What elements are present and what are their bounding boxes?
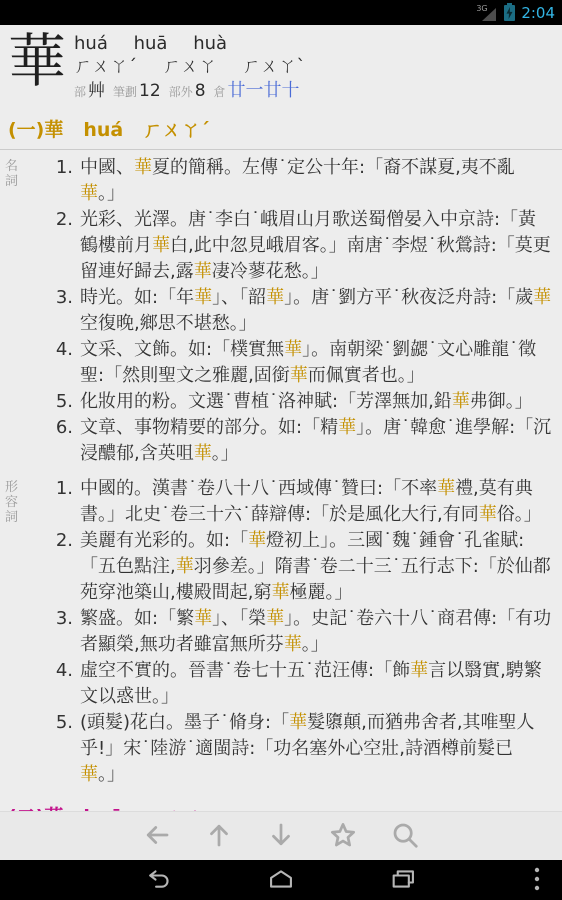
- definition-item: 1.中國、華夏的簡稱。左傳˙定公十年:「裔不謀夏,夷不亂華。」: [48, 155, 562, 207]
- definition-text-run: 」、「韶: [212, 287, 266, 308]
- highlighted-headword: 華: [80, 183, 98, 204]
- section-heading: (二)華huāㄏㄨㄚ: [0, 796, 562, 812]
- highlighted-headword: 華: [152, 235, 170, 256]
- definition-item: 3.時光。如:「年華」、「韶華」。唐˙劉方平˙秋夜泛舟詩:「歲華空復晚,鄉思不堪…: [48, 285, 562, 337]
- highlighted-headword: 華: [290, 365, 308, 386]
- highlighted-headword: 華: [437, 478, 455, 499]
- highlighted-headword: 華: [289, 712, 307, 733]
- definition-item: 3.繁盛。如:「繁華」、「榮華」。史記˙卷六十八˙商君傳:「有功者顯榮,無功者雖…: [48, 606, 562, 658]
- pinyin-reading: huà: [193, 33, 227, 54]
- section-heading-part: ㄏㄨㄚˊ: [143, 119, 210, 141]
- highlighted-headword: 華: [452, 391, 470, 412]
- section-heading-part: (一)華: [8, 119, 63, 141]
- headword-readings: huá huā huà ㄏㄨㄚˊ ㄏㄨㄚ ㄏㄨㄚˋ 部 艸 筆劃 12 部外 8…: [74, 30, 325, 103]
- entry-header: 華 huá huā huà ㄏㄨㄚˊ ㄏㄨㄚ ㄏㄨㄚˋ 部 艸 筆劃 12: [0, 25, 562, 105]
- back-arrow-icon: [142, 820, 172, 853]
- definition-text-run: 文采、文飾。如:「樸實無: [80, 339, 284, 360]
- radical-value: 艸: [88, 80, 105, 102]
- definition-number: 1.: [48, 476, 73, 528]
- extra-strokes-value: 8: [195, 80, 206, 102]
- definition-number: 3.: [48, 606, 73, 658]
- definition-text-run: 俗。」: [497, 504, 542, 525]
- screen: 3G 2:04 華 huá huā huà ㄏㄨㄚˊ ㄏㄨㄚ ㄏㄨㄚˋ: [0, 0, 562, 900]
- definition-text-run: 極麗。」: [289, 582, 352, 603]
- toolbar-back-button[interactable]: [137, 816, 177, 856]
- definition-item: 2.光彩、光澤。唐˙李白˙峨眉山月歌送蜀僧晏入中京詩:「黃鶴樓前月華白,此中忽見…: [48, 207, 562, 285]
- section-heading-part: huá: [83, 119, 123, 141]
- definition-text: 繁盛。如:「繁華」、「榮華」。史記˙卷六十八˙商君傳:「有功者顯榮,無功者雖富無…: [80, 606, 562, 658]
- definition-text-run: 」。唐˙劉方平˙秋夜泛舟詩:「歲: [284, 287, 533, 308]
- definition-number: 5.: [48, 389, 73, 415]
- strokes-value: 12: [139, 80, 161, 102]
- highlighted-headword: 華: [410, 660, 428, 681]
- highlighted-headword: 華: [176, 556, 194, 577]
- definition-number: 6.: [48, 415, 73, 467]
- headword-character: 華: [8, 30, 66, 92]
- definition-text-run: 化妝用的粉。文選˙曹植˙洛神賦:「芳澤無加,鉛: [80, 391, 452, 412]
- definition-text-run: 凄冷蓼花愁。」: [212, 261, 329, 282]
- definition-text-run: 弗御。」: [470, 391, 533, 412]
- nav-back-button[interactable]: [142, 863, 176, 897]
- highlighted-headword: 華: [266, 287, 284, 308]
- zhuyin-row: ㄏㄨㄚˊ ㄏㄨㄚ ㄏㄨㄚˋ: [74, 55, 325, 78]
- definition-group: 名詞1.中國、華夏的簡稱。左傳˙定公十年:「裔不謀夏,夷不亂華。」2.光彩、光澤…: [0, 150, 562, 471]
- extra-strokes-label: 部外: [169, 81, 193, 103]
- toolbar-next-button[interactable]: [261, 816, 301, 856]
- definition-text-run: 。」: [302, 634, 329, 655]
- definition-number: 2.: [48, 528, 73, 606]
- definition-number: 4.: [48, 658, 73, 710]
- star-icon: [328, 820, 358, 853]
- definition-text: 中國的。漢書˙卷八十八˙西域傳˙贊曰:「不率華禮,莫有典書。」北史˙卷三十六˙薛…: [80, 476, 562, 528]
- dictionary-entry-view[interactable]: 華 huá huā huà ㄏㄨㄚˊ ㄏㄨㄚ ㄏㄨㄚˋ 部 艸 筆劃 12: [0, 25, 562, 812]
- zhuyin-reading: ㄏㄨㄚˋ: [242, 56, 305, 77]
- pinyin-reading: huá: [74, 33, 108, 54]
- nav-menu-button[interactable]: [520, 863, 554, 897]
- definition-text-run: 空復晚,鄉思不堪愁。」: [80, 313, 257, 334]
- definition-text-run: 文章、事物精要的部分。如:「精: [80, 417, 338, 438]
- highlighted-headword: 華: [134, 157, 152, 178]
- definition-item: 2.美麗有光彩的。如:「華燈初上」。三國˙魏˙鍾會˙孔雀賦:「五色點注,華羽參差…: [48, 528, 562, 606]
- definition-item: 5.化妝用的粉。文選˙曹植˙洛神賦:「芳澤無加,鉛華弗御。」: [48, 389, 562, 415]
- definitions: (一)華huáㄏㄨㄚˊ名詞1.中國、華夏的簡稱。左傳˙定公十年:「裔不謀夏,夷不…: [0, 109, 562, 812]
- clock: 2:04: [521, 4, 555, 22]
- cangjie-code: 廿一廿十: [228, 80, 300, 102]
- highlighted-headword: 華: [194, 261, 212, 282]
- nav-back-icon: [145, 865, 173, 896]
- definition-text-run: 夏的簡稱。左傳˙定公十年:「裔不謀夏,夷不亂: [152, 157, 515, 178]
- toolbar-search-button[interactable]: [385, 816, 425, 856]
- highlighted-headword: 華: [533, 287, 551, 308]
- definition-text: 虛空不實的。晉書˙卷七十五˙范汪傳:「飾華言以翳實,騁繁文以惑世。」: [80, 658, 562, 710]
- status-bar: 3G 2:04: [0, 0, 562, 25]
- definition-text-run: (頭髮)花白。墨子˙脩身:「: [80, 712, 289, 733]
- part-of-speech-label: 名詞: [5, 159, 19, 189]
- strokes-label: 筆劃: [113, 81, 137, 103]
- search-icon: [390, 820, 420, 853]
- bottom-toolbar: [0, 811, 562, 860]
- definition-item: 6.文章、事物精要的部分。如:「精華」。唐˙韓愈˙進學解:「沉浸醲郁,含英咀華。…: [48, 415, 562, 467]
- definition-number: 4.: [48, 337, 73, 389]
- definition-text-run: 」、「榮: [212, 608, 266, 629]
- definition-text: 美麗有光彩的。如:「華燈初上」。三國˙魏˙鍾會˙孔雀賦:「五色點注,華羽參差。」…: [80, 528, 562, 606]
- definition-text-run: 而佩實者也。」: [308, 365, 425, 386]
- definition-number: 3.: [48, 285, 73, 337]
- highlighted-headword: 華: [284, 634, 302, 655]
- definition-item: 5.(頭髮)花白。墨子˙脩身:「華髮隳顛,而猶弗舍者,其唯聖人乎!」宋˙陸游˙適…: [48, 710, 562, 788]
- definition-item: 4.虛空不實的。晉書˙卷七十五˙范汪傳:「飾華言以翳實,騁繁文以惑世。」: [48, 658, 562, 710]
- definition-text: 文采、文飾。如:「樸實無華」。南朝梁˙劉勰˙文心雕龍˙徵聖:「然則聖文之雅麗,固…: [80, 337, 562, 389]
- signal-triangle-icon: [482, 8, 496, 21]
- definition-text-run: 中國的。漢書˙卷八十八˙西域傳˙贊曰:「不率: [80, 478, 437, 499]
- highlighted-headword: 華: [80, 764, 98, 785]
- overflow-menu-icon: [534, 867, 540, 894]
- android-navbar: [0, 860, 562, 900]
- highlighted-headword: 華: [248, 530, 266, 551]
- highlighted-headword: 華: [479, 504, 497, 525]
- definition-number: 2.: [48, 207, 73, 285]
- definition-text-run: 繁盛。如:「繁: [80, 608, 194, 629]
- highlighted-headword: 華: [194, 443, 212, 464]
- definition-text-run: 美麗有光彩的。如:「: [80, 530, 248, 551]
- part-of-speech-label: 形容詞: [5, 480, 19, 525]
- definition-text: 中國、華夏的簡稱。左傳˙定公十年:「裔不謀夏,夷不亂華。」: [80, 155, 562, 207]
- definition-item: 1.中國的。漢書˙卷八十八˙西域傳˙贊曰:「不率華禮,莫有典書。」北史˙卷三十六…: [48, 476, 562, 528]
- definition-text: 時光。如:「年華」、「韶華」。唐˙劉方平˙秋夜泛舟詩:「歲華空復晚,鄉思不堪愁。…: [80, 285, 562, 337]
- definition-text-run: 。」: [98, 764, 125, 785]
- toolbar-previous-button[interactable]: [199, 816, 239, 856]
- navbar-buttons: [142, 860, 420, 900]
- definition-text-run: 中國、: [80, 157, 134, 178]
- radical-label: 部: [74, 81, 86, 103]
- definition-number: 1.: [48, 155, 73, 207]
- definition-text: (頭髮)花白。墨子˙脩身:「華髮隳顛,而猶弗舍者,其唯聖人乎!」宋˙陸游˙適閩詩…: [80, 710, 562, 788]
- definition-text-run: 虛空不實的。晉書˙卷七十五˙范汪傳:「飾: [80, 660, 410, 681]
- nav-home-icon: [267, 865, 295, 896]
- nav-home-button[interactable]: [264, 863, 298, 897]
- pinyin-reading: huā: [134, 33, 168, 54]
- nav-recents-button[interactable]: [386, 863, 420, 897]
- definition-text: 光彩、光澤。唐˙李白˙峨眉山月歌送蜀僧晏入中京詩:「黃鶴樓前月華白,此中忽見峨眉…: [80, 207, 562, 285]
- highlighted-headword: 華: [194, 608, 212, 629]
- definition-text-run: 。」: [98, 183, 125, 204]
- highlighted-headword: 華: [266, 608, 284, 629]
- definition-text: 文章、事物精要的部分。如:「精華」。唐˙韓愈˙進學解:「沉浸醲郁,含英咀華。」: [80, 415, 562, 467]
- zhuyin-reading: ㄏㄨㄚˊ: [74, 56, 137, 77]
- definition-text-run: 。」: [212, 443, 239, 464]
- highlighted-headword: 華: [271, 582, 289, 603]
- toolbar-bookmark-button[interactable]: [323, 816, 363, 856]
- definition-item: 4.文采、文飾。如:「樸實無華」。南朝梁˙劉勰˙文心雕龍˙徵聖:「然則聖文之雅麗…: [48, 337, 562, 389]
- lightning-bolt-icon: [504, 5, 515, 21]
- radical-stroke-row: 部 艸 筆劃 12 部外 8 倉 廿一廿十: [74, 80, 325, 103]
- highlighted-headword: 華: [338, 417, 356, 438]
- highlighted-headword: 華: [194, 287, 212, 308]
- zhuyin-reading: ㄏㄨㄚ: [163, 56, 217, 77]
- battery-charging-icon: [504, 5, 515, 21]
- section: (二)華huāㄏㄨㄚ名詞1.植物的花朵。同「花」。如:「春華秋實」。詩經˙周南˙…: [0, 796, 562, 812]
- definition-text: 化妝用的粉。文選˙曹植˙洛神賦:「芳澤無加,鉛華弗御。」: [80, 389, 562, 415]
- definition-group: 形容詞1.中國的。漢書˙卷八十八˙西域傳˙贊曰:「不率華禮,莫有典書。」北史˙卷…: [0, 471, 562, 792]
- section: (一)華huáㄏㄨㄚˊ名詞1.中國、華夏的簡稱。左傳˙定公十年:「裔不謀夏,夷不…: [0, 109, 562, 792]
- signal-3g-icon: 3G: [474, 4, 498, 22]
- section-heading: (一)華huáㄏㄨㄚˊ: [0, 109, 562, 150]
- definition-text-run: 時光。如:「年: [80, 287, 194, 308]
- down-arrow-icon: [266, 820, 296, 853]
- highlighted-headword: 華: [284, 339, 302, 360]
- nav-recents-icon: [389, 865, 417, 896]
- definition-number: 5.: [48, 710, 73, 788]
- cangjie-label: 倉: [214, 81, 226, 103]
- up-arrow-icon: [204, 820, 234, 853]
- pinyin-row: huá huā huà: [74, 32, 325, 55]
